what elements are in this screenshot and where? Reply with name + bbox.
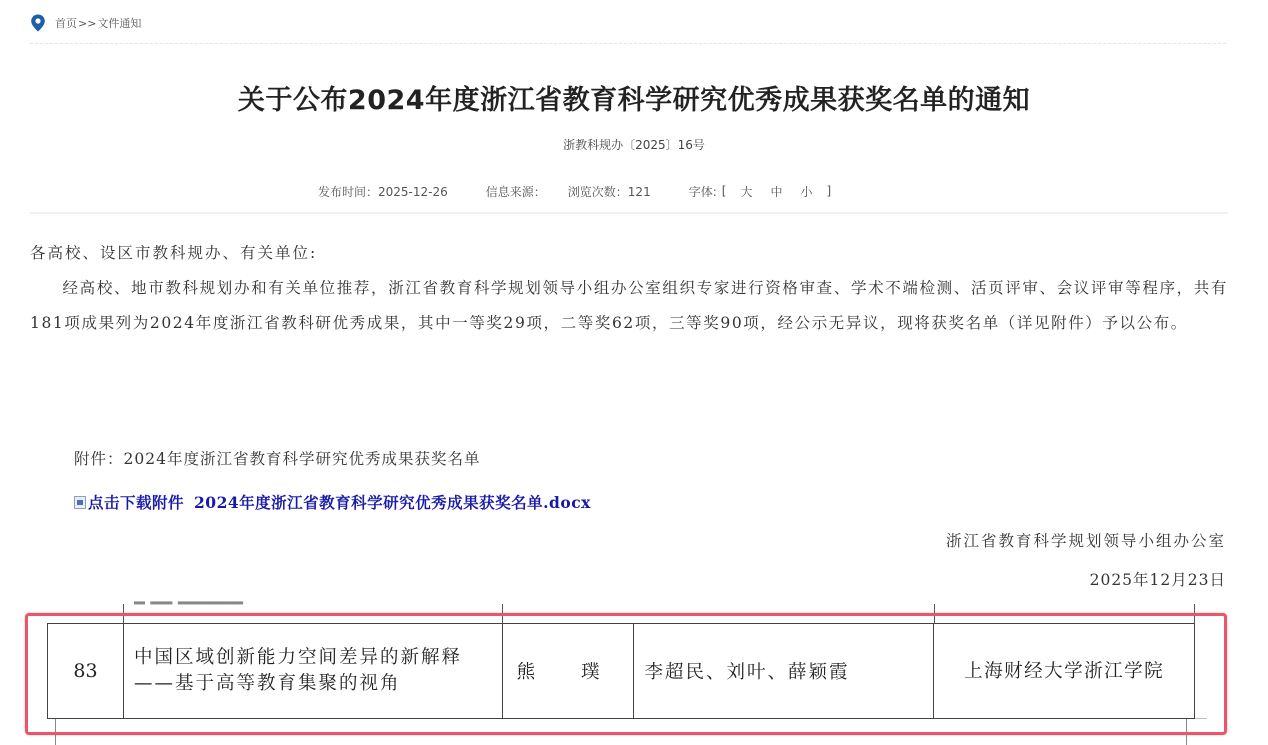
font-size-large-button[interactable]: 大 — [740, 183, 752, 200]
publish-time: 发布时间：2025-12-26 — [318, 183, 448, 200]
award-table: 83 中国区域创新能力空间差异的新解释——基于高等教育集聚的视角 熊 璞 李超民… — [47, 623, 1195, 719]
view-count-label: 浏览次数： — [568, 185, 628, 199]
font-size-control: 字体: [ 大 中 小 ] — [689, 183, 836, 200]
publish-time-label: 发布时间： — [318, 185, 378, 199]
view-count-value: 121 — [628, 185, 651, 199]
font-size-label: 字体: — [689, 183, 717, 200]
header-divider — [30, 212, 1228, 214]
table-gridline — [1194, 604, 1195, 623]
table-gridline — [123, 604, 124, 623]
view-count: 浏览次数：121 — [568, 183, 651, 200]
bracket-open: [ — [722, 184, 727, 198]
download-prefix: 点击下载附件 — [88, 485, 184, 520]
cell-title: 中国区域创新能力空间差异的新解释——基于高等教育集聚的视角 — [123, 624, 502, 719]
font-size-medium-button[interactable]: 中 — [770, 183, 782, 200]
table-row: 83 中国区域创新能力空间差异的新解释——基于高等教育集聚的视角 熊 璞 李超民… — [48, 624, 1195, 719]
notice-page: 首页 >> 文件通知 关于公布2024年度浙江省教育科学研究优秀成果获奖名单的通… — [0, 0, 1268, 745]
page-title: 关于公布2024年度浙江省教育科学研究优秀成果获奖名单的通知 — [0, 78, 1268, 117]
map-pin-icon — [30, 14, 46, 32]
attachment-label: 附件：2024年度浙江省教育科学研究优秀成果获奖名单 — [74, 442, 480, 477]
download-attachment-link[interactable]: 点击下载附件 2024年度浙江省教育科学研究优秀成果获奖名单.docx — [74, 485, 591, 520]
publish-time-value: 2025-12-26 — [378, 185, 448, 199]
breadcrumb-separator: >> — [78, 17, 96, 30]
breadcrumb-home-link[interactable]: 首页 — [55, 15, 77, 31]
bracket-close: ] — [826, 184, 831, 198]
table-gridline — [1195, 718, 1207, 719]
breadcrumb-current-link[interactable]: 文件通知 — [97, 15, 141, 31]
breadcrumb: 首页 >> 文件通知 — [30, 14, 141, 32]
info-source-label: 信息来源： — [486, 185, 546, 199]
font-size-small-button[interactable]: 小 — [800, 183, 812, 200]
signature-organization: 浙江省教育科学规划领导小组办公室 — [946, 524, 1226, 559]
document-number: 浙教科规办〔2025〕16号 — [0, 136, 1268, 153]
table-gridline — [1186, 719, 1187, 745]
table-gridline — [55, 719, 56, 745]
breadcrumb-divider — [30, 43, 1226, 44]
word-document-icon — [74, 496, 86, 509]
signature-date: 2025年12月23日 — [1090, 563, 1226, 598]
cell-members: 李超民、刘叶、薛颖霞 — [634, 624, 934, 719]
download-filename: 2024年度浙江省教育科学研究优秀成果获奖名单.docx — [194, 485, 591, 520]
article-meta: 发布时间：2025-12-26 信息来源： 浏览次数：121 字体: [ 大 中… — [318, 182, 836, 200]
salutation: 各高校、设区市教科规办、有关单位: — [30, 236, 317, 271]
cell-author: 熊 璞 — [502, 624, 634, 719]
cell-number: 83 — [48, 624, 124, 719]
table-gridline — [502, 604, 503, 623]
cell-organization: 上海财经大学浙江学院 — [934, 624, 1195, 719]
previous-row-cutoff: ━ ━━ ━━━━━━ — [134, 600, 314, 608]
info-source: 信息来源： — [486, 183, 546, 200]
body-paragraph: 经高校、地市教科规划办和有关单位推荐，浙江省教育科学规划领导小组办公室组织专家进… — [30, 271, 1228, 341]
table-gridline — [934, 604, 935, 623]
